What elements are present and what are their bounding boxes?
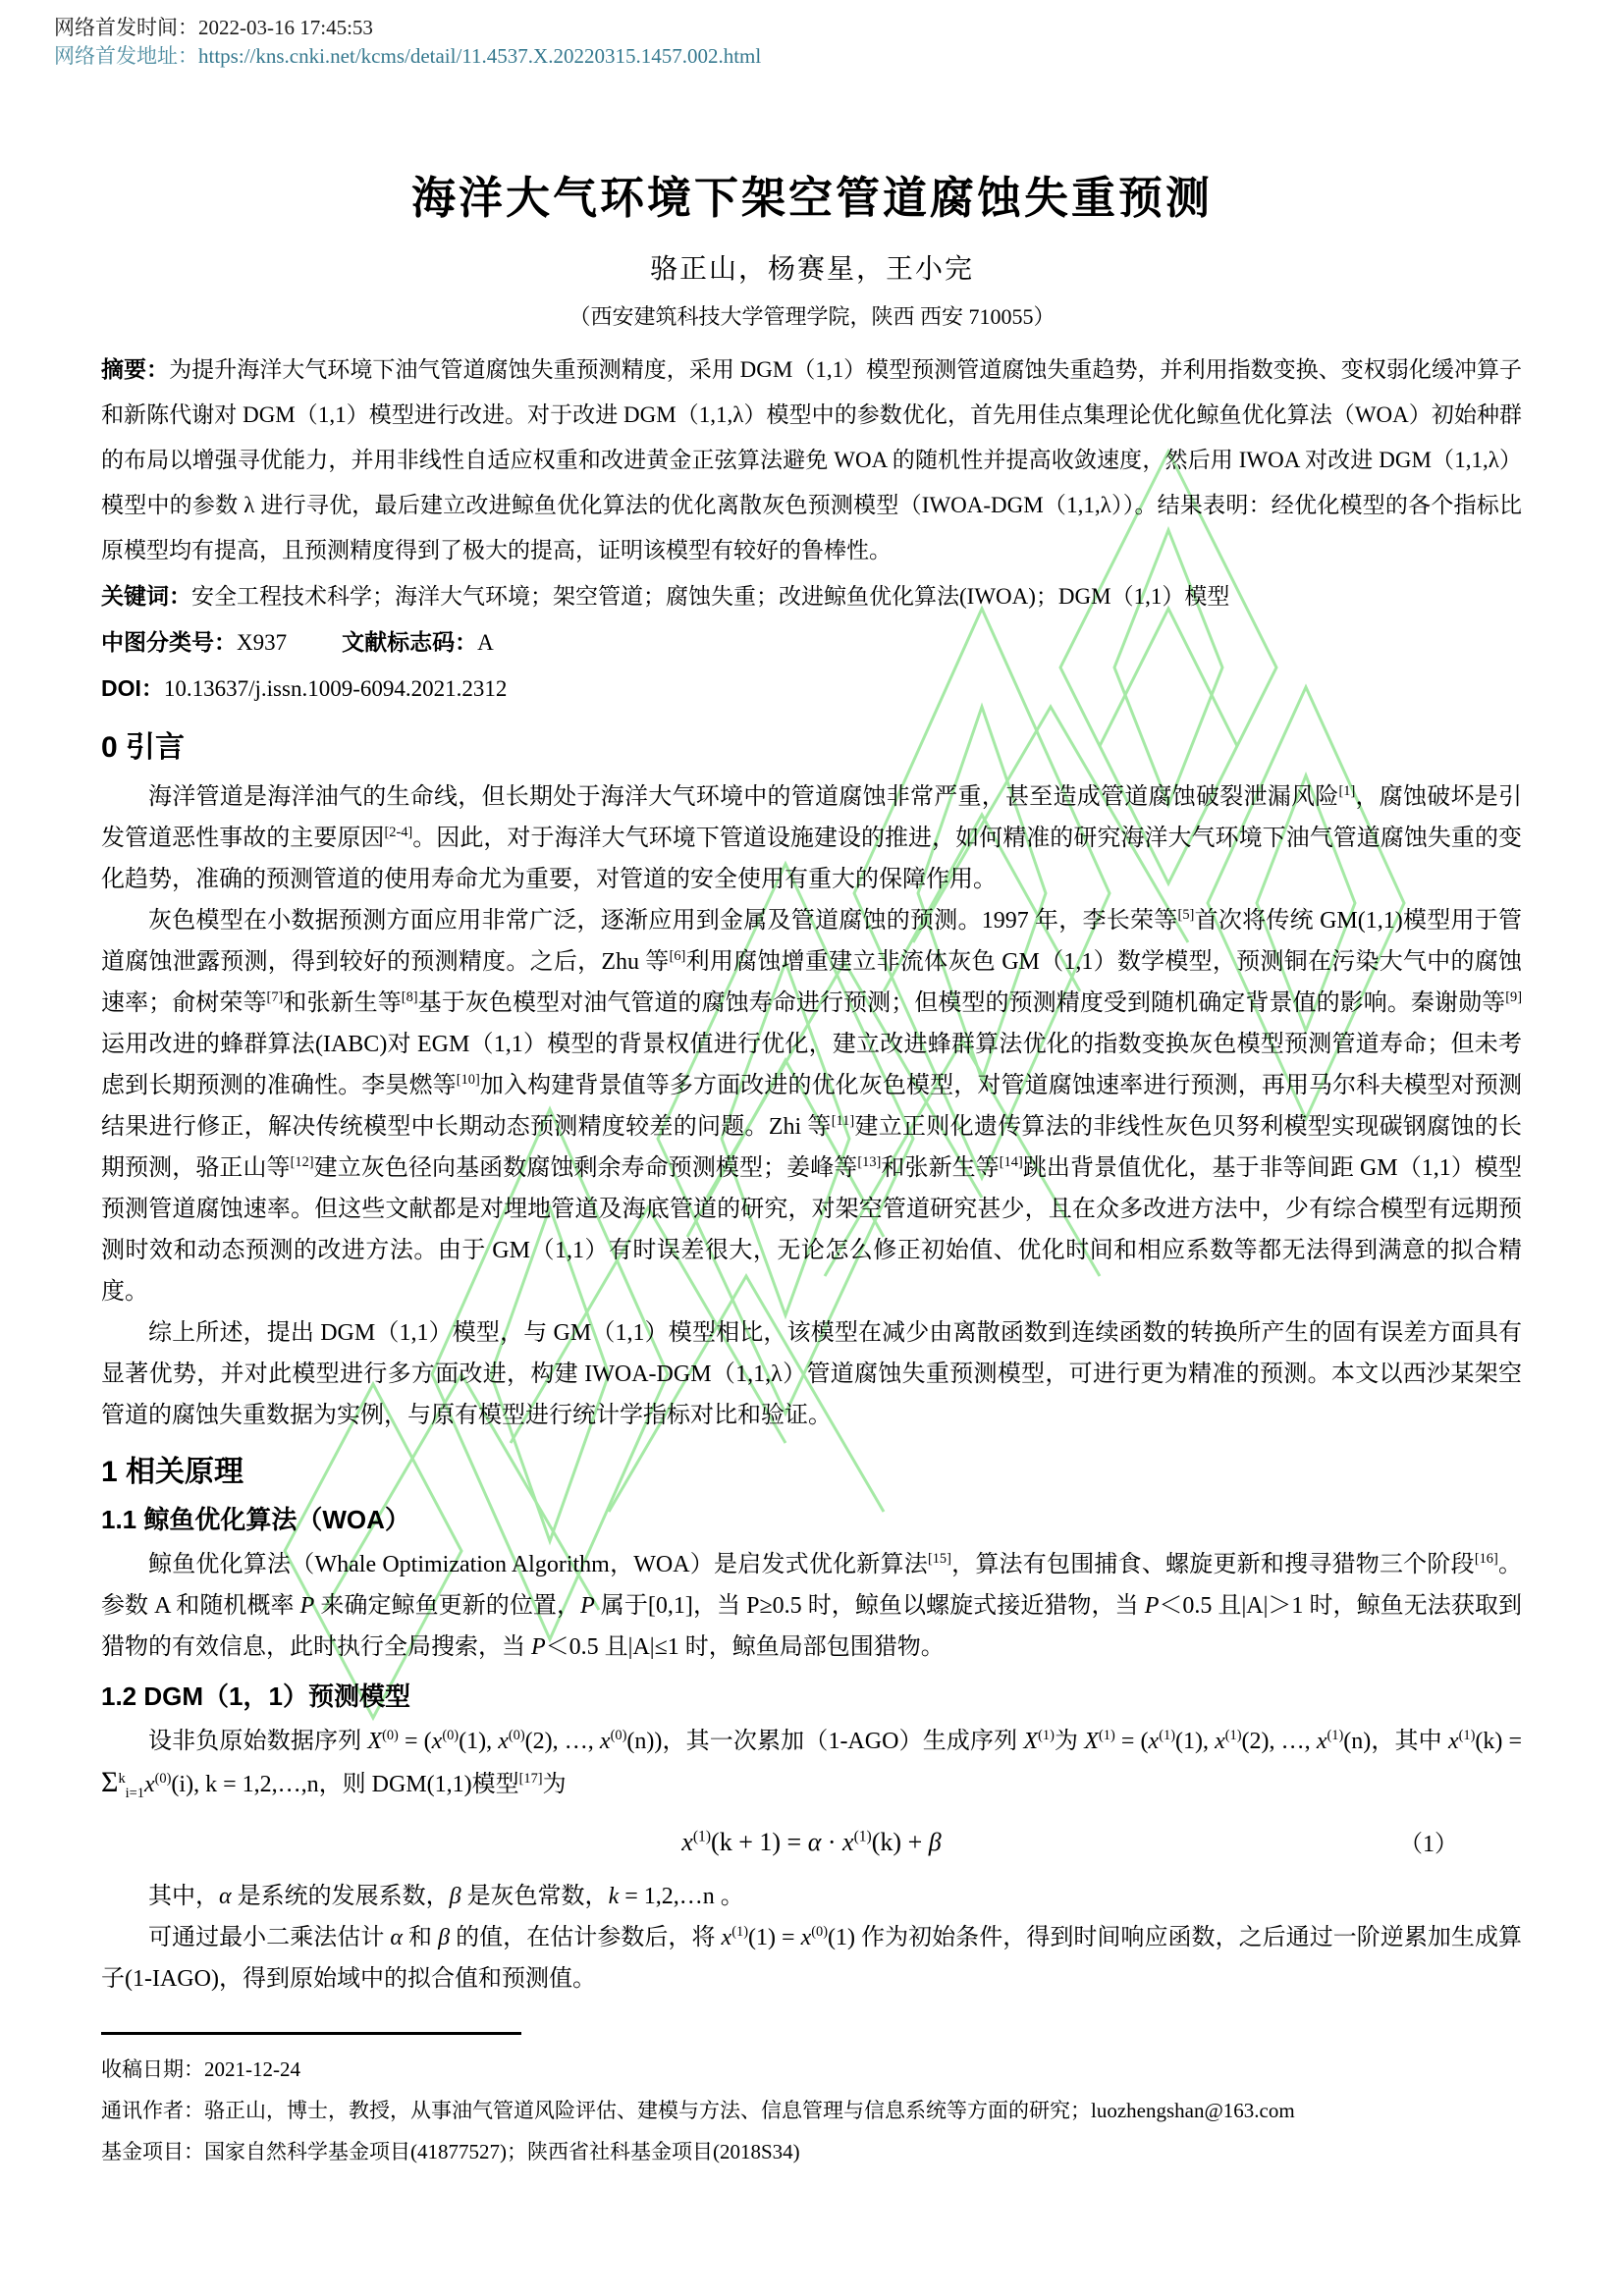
clc-value: X937 — [237, 630, 287, 655]
received-date-value: 2021-12-24 — [204, 2057, 300, 2081]
doc-code-label: 文献标志码： — [342, 629, 477, 655]
corresponding-author-label: 通讯作者： — [101, 2099, 204, 2122]
fund-project-line: 基金项目：国家自然科学基金项目(41877527)；陕西省社科基金项目(2018… — [101, 2131, 1427, 2172]
received-date-line: 收稿日期：2021-12-24 — [101, 2049, 1427, 2090]
clc-label: 中图分类号： — [101, 629, 237, 655]
paper-body: 摘要：为提升海洋大气环境下油气管道腐蚀失重预测精度，采用 DGM（1,1）模型预… — [101, 347, 1522, 2000]
section-1-2-paragraph-2: 其中，α 是系统的发展系数，β 是灰色常数，k = 1,2,…n 。 — [101, 1876, 1522, 1917]
section-1-2-paragraph-1: 设非负原始数据序列 X(0) = (x(0)(1), x(0)(2), …, x… — [101, 1721, 1522, 1805]
clc-line: 中图分类号：X937文献标志码：A — [101, 619, 1522, 666]
abstract-paragraph: 摘要：为提升海洋大气环境下油气管道腐蚀失重预测精度，采用 DGM（1,1）模型预… — [101, 347, 1522, 573]
received-date-label: 收稿日期： — [101, 2057, 204, 2081]
paper-affiliation: （西安建筑科技大学管理学院，陕西 西安 710055） — [0, 300, 1624, 331]
online-first-address-row: 网络首发地址：https://kns.cnki.net/kcms/detail/… — [54, 42, 1624, 71]
paper-page: 网络首发时间：2022-03-16 17:45:53 网络首发地址：https:… — [0, 14, 1624, 2000]
paper-title: 海洋大气环境下架空管道腐蚀失重预测 — [0, 173, 1624, 224]
section-1-heading: 1 相关原理 — [101, 1454, 1522, 1491]
section-1-1-heading: 1.1 鲸鱼优化算法（WOA） — [101, 1503, 1522, 1536]
doi-value: 10.13637/j.issn.1009-6094.2021.2312 — [164, 676, 507, 701]
online-first-time-label: 网络首发时间： — [54, 16, 198, 39]
intro-paragraph-3: 综上所述，提出 DGM（1,1）模型，与 GM（1,1）模型相比，该模型在减少由… — [101, 1312, 1522, 1436]
online-first-time-row: 网络首发时间：2022-03-16 17:45:53 — [54, 14, 1624, 42]
online-first-header: 网络首发时间：2022-03-16 17:45:53 网络首发地址：https:… — [54, 14, 1624, 71]
online-first-time-value: 2022-03-16 17:45:53 — [198, 16, 373, 39]
intro-paragraph-2: 灰色模型在小数据预测方面应用非常广泛，逐渐应用到金属及管道腐蚀的预测。1997 … — [101, 900, 1522, 1312]
footnote-block: 收稿日期：2021-12-24 通讯作者：骆正山，博士，教授，从事油气管道风险评… — [101, 2032, 1427, 2172]
section-1-2-paragraph-3: 可通过最小二乘法估计 α 和 β 的值，在估计参数后，将 x(1)(1) = x… — [101, 1917, 1522, 2000]
equation-1-formula: x(1)(k + 1) = α · x(1)(k) + β — [681, 1828, 941, 1856]
footnote-divider — [101, 2032, 521, 2035]
doc-code-value: A — [477, 630, 494, 655]
keywords-line: 关键词：安全工程技术科学；海洋大气环境；架空管道；腐蚀失重；改进鲸鱼优化算法(I… — [101, 573, 1522, 619]
keywords-text: 安全工程技术科学；海洋大气环境；架空管道；腐蚀失重；改进鲸鱼优化算法(IWOA)… — [191, 584, 1229, 609]
fund-project-label: 基金项目： — [101, 2140, 204, 2163]
equation-1-number: （1） — [1399, 1825, 1458, 1864]
section-0-heading: 0 引言 — [101, 729, 1522, 767]
abstract-text: 为提升海洋大气环境下油气管道腐蚀失重预测精度，采用 DGM（1,1）模型预测管道… — [101, 357, 1522, 562]
corresponding-author-value: 骆正山，博士，教授，从事油气管道风险评估、建模与方法、信息管理与信息系统等方面的… — [204, 2099, 1295, 2122]
corresponding-author-line: 通讯作者：骆正山，博士，教授，从事油气管道风险评估、建模与方法、信息管理与信息系… — [101, 2090, 1427, 2131]
equation-1-row: x(1)(k + 1) = α · x(1)(k) + β（1） — [101, 1823, 1522, 1862]
section-1-1-paragraph: 鲸鱼优化算法（Whale Optimization Algorithm，WOA）… — [101, 1544, 1522, 1668]
doi-line: DOI：10.13637/j.issn.1009-6094.2021.2312 — [101, 666, 1522, 712]
abstract-label: 摘要： — [101, 356, 169, 382]
online-first-address-label: 网络首发地址： — [54, 44, 198, 68]
fund-project-value: 国家自然科学基金项目(41877527)；陕西省社科基金项目(2018S34) — [204, 2140, 800, 2163]
keywords-label: 关键词： — [101, 583, 191, 609]
online-first-url-link[interactable]: https://kns.cnki.net/kcms/detail/11.4537… — [198, 44, 761, 68]
section-1-2-heading: 1.2 DGM（1，1）预测模型 — [101, 1680, 1522, 1713]
doi-label: DOI： — [101, 675, 164, 701]
intro-paragraph-1: 海洋管道是海洋油气的生命线，但长期处于海洋大气环境中的管道腐蚀非常严重，甚至造成… — [101, 776, 1522, 900]
footnotes: 收稿日期：2021-12-24 通讯作者：骆正山，博士，教授，从事油气管道风险评… — [101, 2049, 1427, 2172]
paper-authors: 骆正山，杨赛星，王小完 — [0, 247, 1624, 287]
